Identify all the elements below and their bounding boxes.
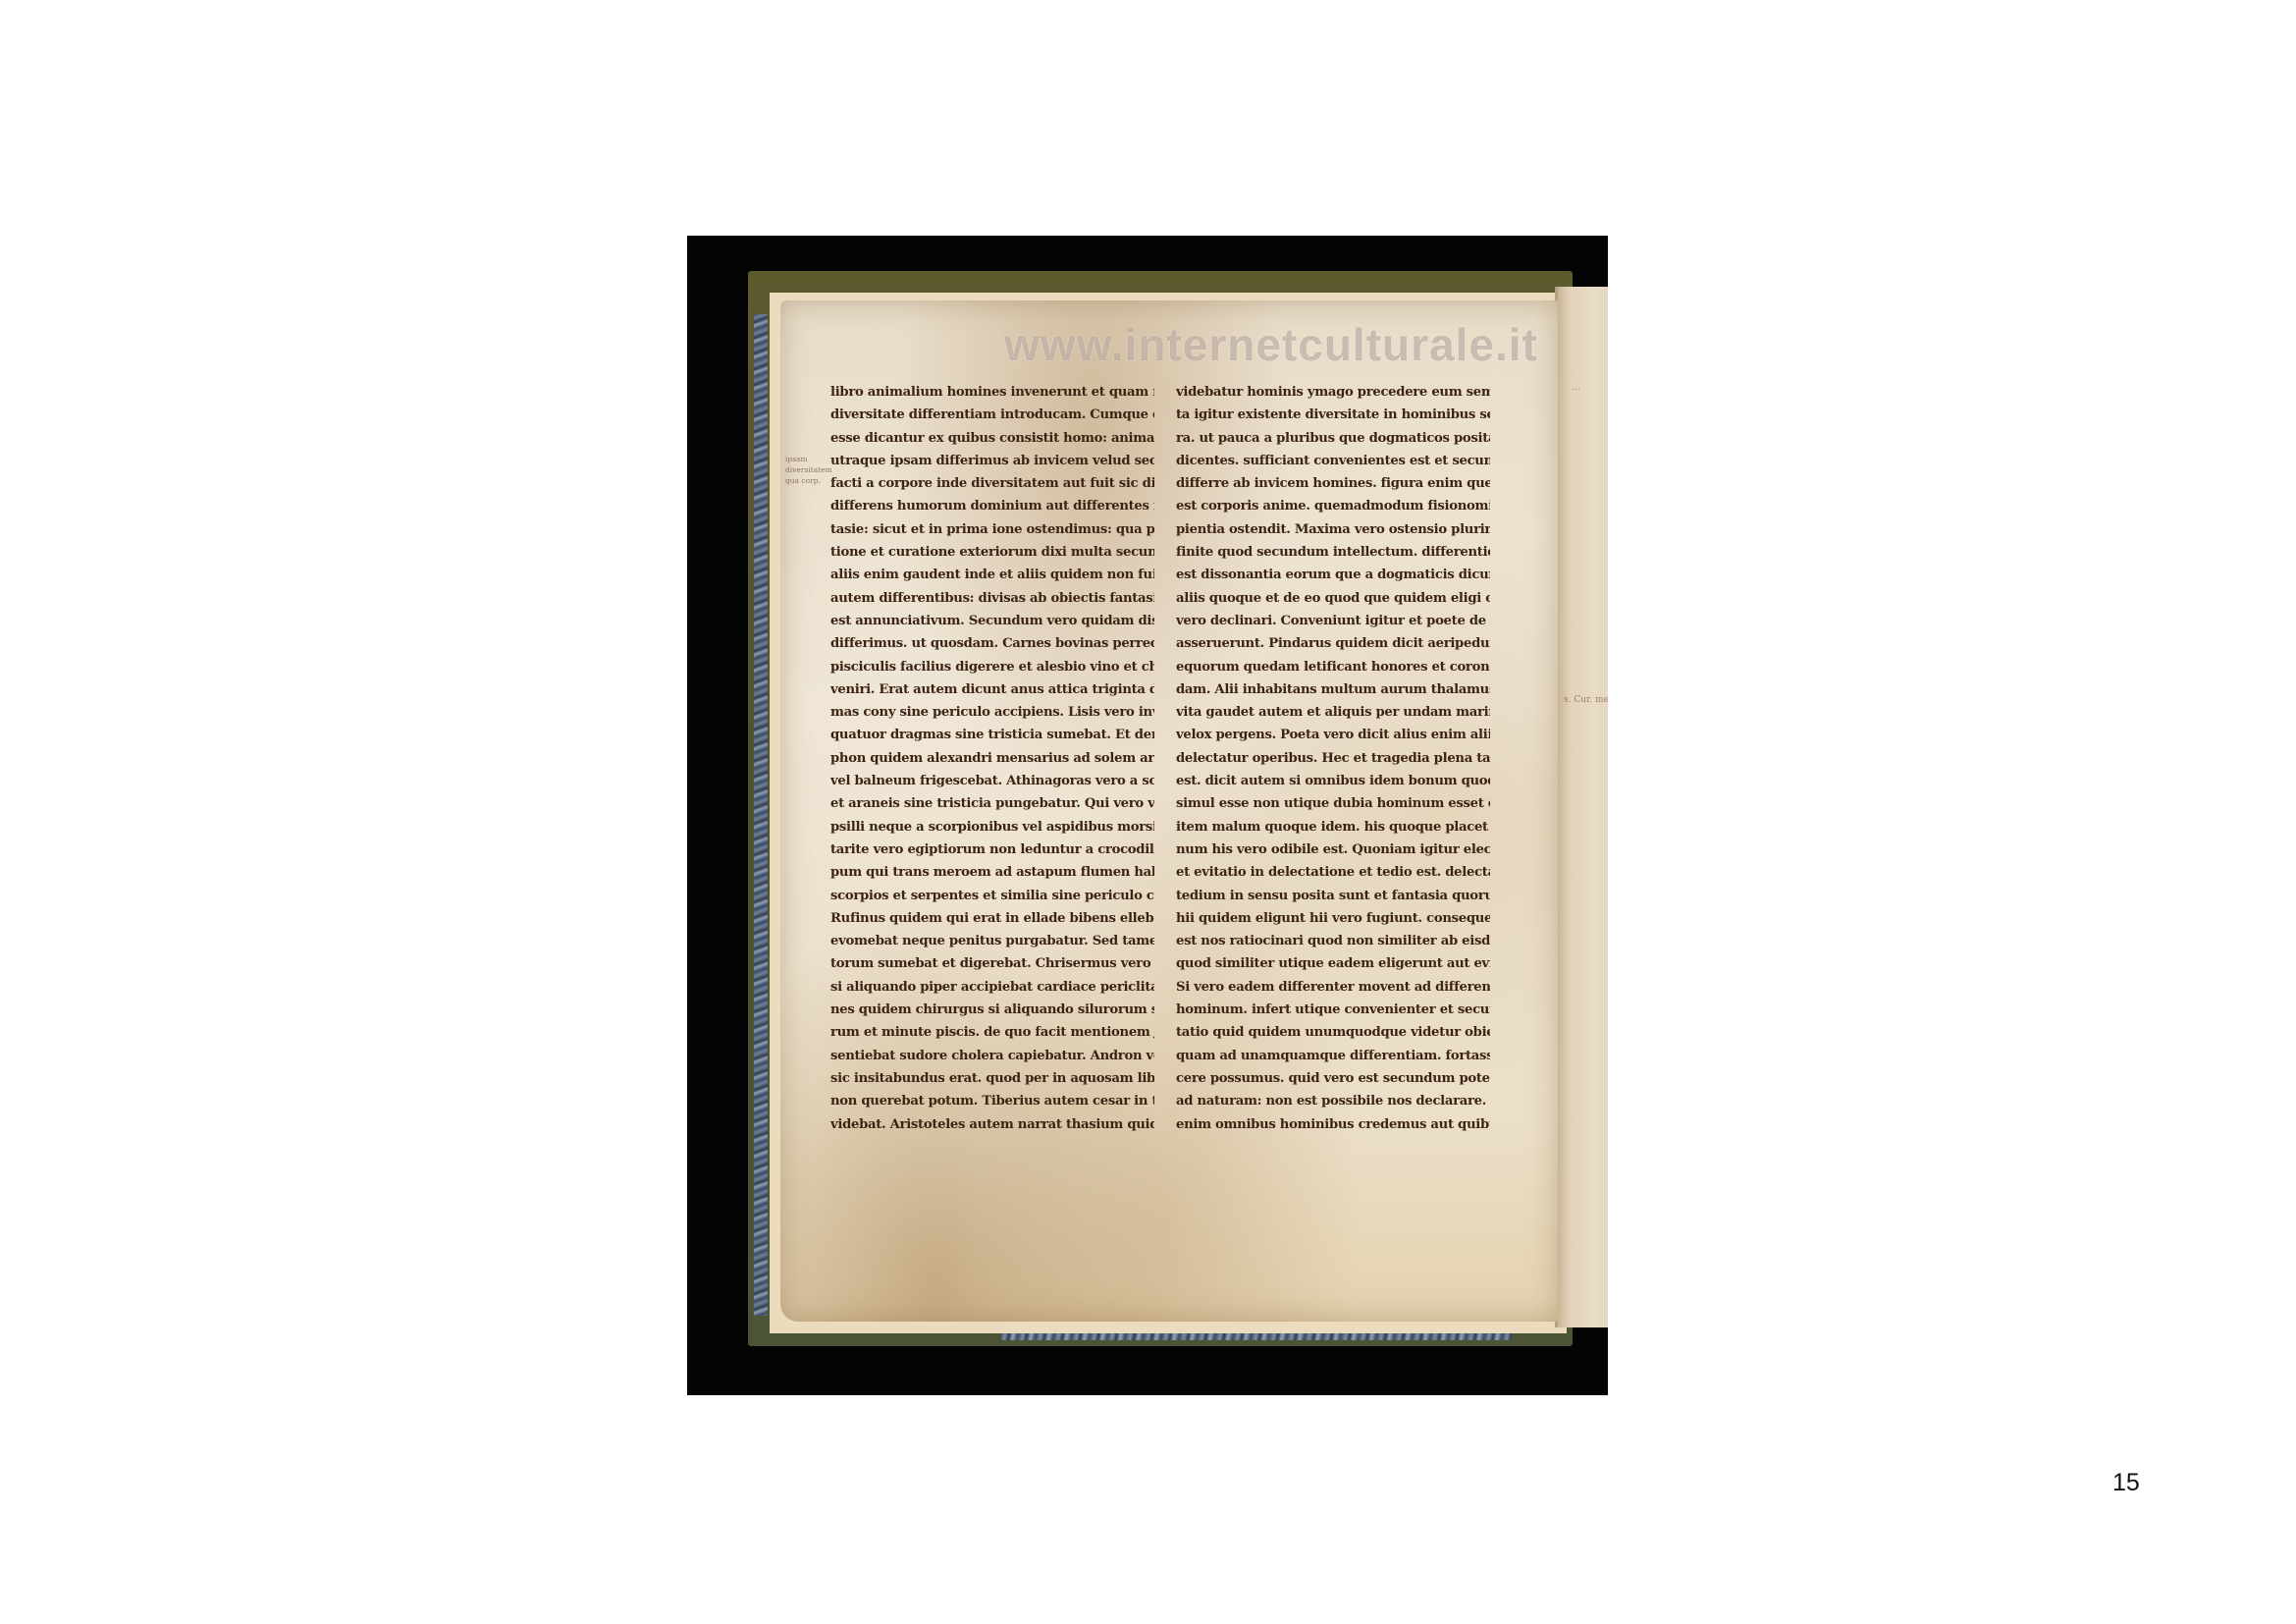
text-line: enim omnibus hominibus credemus aut quib… [1176, 1113, 1490, 1136]
text-line: et araneis sine tristicia pungebatur. Qu… [830, 792, 1154, 815]
text-line: quam ad unamquamque differentiam. fortas… [1176, 1045, 1490, 1067]
text-line: quatuor dragmas sine tristicia sumebat. … [830, 724, 1154, 746]
text-line: differimus. ut quosdam. Carnes bovinas p… [830, 632, 1154, 655]
text-line: facti a corpore inde diversitatem aut fu… [830, 472, 1154, 495]
text-line: rum et minute piscis. de quo facit menti… [830, 1021, 1154, 1044]
text-line: differens humorum dominium aut different… [830, 495, 1154, 517]
text-line: libro animalium homines invenerunt et qu… [830, 381, 1154, 404]
text-line: simul esse non utique dubia hominum esse… [1176, 792, 1490, 815]
manuscript-photograph: ... s. Cur. me. www.internetculturale.it… [687, 236, 1608, 1395]
margin-note-line: diversitatem [785, 464, 828, 475]
text-line: pum qui trans meroem ad astapum flumen h… [830, 861, 1154, 884]
text-line: ra. ut pauca a pluribus que dogmaticos p… [1176, 427, 1490, 450]
margin-note: ipsam diversitatem qua corp. [785, 454, 828, 486]
facing-page-note: ... [1572, 383, 1580, 393]
text-line: cere possumus. quid vero est secundum po… [1176, 1067, 1490, 1090]
text-line: scorpios et serpentes et similia sine pe… [830, 885, 1154, 907]
text-line: est dissonantia eorum que a dogmaticis d… [1176, 564, 1490, 586]
text-line: utraque ipsam differimus ab invicem velu… [830, 450, 1154, 472]
text-line: Si vero eadem differenter movent ad diff… [1176, 976, 1490, 999]
text-line: est annunciativum. Secundum vero quidam … [830, 610, 1154, 632]
text-line: nes quidem chirurgus si aliquando siluro… [830, 999, 1154, 1021]
text-line: evomebat neque penitus purgabatur. Sed t… [830, 930, 1154, 952]
text-column-right: videbatur hominis ymago precedere eum se… [1176, 381, 1490, 1136]
text-line: vel balneum frigescebat. Athinagoras ver… [830, 770, 1154, 792]
text-line: veniri. Erat autem dicunt anus attica tr… [830, 678, 1154, 701]
text-line: non querebat potum. Tiberius autem cesar… [830, 1090, 1154, 1112]
margin-note-line: qua corp. [785, 475, 828, 486]
text-line: est nos ratiocinari quod non similiter a… [1176, 930, 1490, 952]
text-line: ad naturam: non est possibile nos declar… [1176, 1090, 1490, 1112]
text-line: vero declinari. Conveniunt igitur et poe… [1176, 610, 1490, 632]
text-line: aliis quoque et de eo quod que quidem el… [1176, 587, 1490, 610]
text-line: tarite vero egiptiorum non leduntur a cr… [830, 839, 1154, 861]
text-line: asseruerunt. Pindarus quidem dicit aerip… [1176, 632, 1490, 655]
margin-note-line: ipsam [785, 454, 828, 464]
text-line: tedium in sensu posita sunt et fantasia … [1176, 885, 1490, 907]
text-line: sic insitabundus erat. quod per in aquos… [830, 1067, 1154, 1090]
text-column-left: libro animalium homines invenerunt et qu… [830, 381, 1154, 1136]
text-line: videbat. Aristoteles autem narrat thasiu… [830, 1113, 1154, 1136]
text-line: autem differentibus: divisas ab obiectis… [830, 587, 1154, 610]
text-line: delectatur operibus. Hec et tragedia ple… [1176, 747, 1490, 770]
text-line: tasie: sicut et in prima ione ostendimus… [830, 518, 1154, 541]
text-line: num his vero odibile est. Quoniam igitur… [1176, 839, 1490, 861]
slide: ... s. Cur. me. www.internetculturale.it… [0, 0, 2296, 1624]
text-line: pisciculis facilius digerere et alesbio … [830, 656, 1154, 678]
text-line: dam. Alii inhabitans multum aurum thalam… [1176, 678, 1490, 701]
text-line: torum sumebat et digerebat. Chrisermus v… [830, 952, 1154, 975]
marbled-endpaper-left [754, 314, 768, 1316]
text-line: et evitatio in delectatione et tedio est… [1176, 861, 1490, 884]
page-number: 15 [2112, 1469, 2140, 1497]
text-line: diversitate differentiam introducam. Cum… [830, 404, 1154, 426]
text-line: videbatur hominis ymago precedere eum se… [1176, 381, 1490, 404]
text-line: item malum quoque idem. his quoque place… [1176, 816, 1490, 839]
text-line: si aliquando piper accipiebat cardiace p… [830, 976, 1154, 999]
text-line: velox pergens. Poeta vero dicit alius en… [1176, 724, 1490, 746]
text-line: hominum. infert utique convenienter et s… [1176, 999, 1490, 1021]
text-line: differre ab invicem homines. figura enim… [1176, 472, 1490, 495]
text-line: vita gaudet autem et aliquis per undam m… [1176, 701, 1490, 724]
text-line: sentiebat sudore cholera capiebatur. And… [830, 1045, 1154, 1067]
text-line: equorum quedam letificant honores et cor… [1176, 656, 1490, 678]
text-line: tione et curatione exteriorum dixi multa… [830, 541, 1154, 564]
text-line: aliis enim gaudent inde et aliis quidem … [830, 564, 1154, 586]
text-line: Rufinus quidem qui erat in ellade bibens… [830, 907, 1154, 930]
text-line: finite quod secundum intellectum. differ… [1176, 541, 1490, 564]
text-line: ta igitur existente diversitate in homin… [1176, 404, 1490, 426]
text-line: mas cony sine periculo accipiens. Lisis … [830, 701, 1154, 724]
text-line: tatio quid quidem unumquodque videtur ob… [1176, 1021, 1490, 1044]
text-line: quod similiter utique eadem eligerunt au… [1176, 952, 1490, 975]
text-line: est corporis anime. quemadmodum fisionom… [1176, 495, 1490, 517]
watermark: www.internetculturale.it [957, 318, 1585, 371]
text-line: pientia ostendit. Maxima vero ostensio p… [1176, 518, 1490, 541]
text-line: phon quidem alexandri mensarius ad solem… [830, 747, 1154, 770]
facing-page: ... s. Cur. me. [1555, 287, 1608, 1327]
text-line: est. dicit autem si omnibus idem bonum q… [1176, 770, 1490, 792]
text-line: dicentes. sufficiant convenientes est et… [1176, 450, 1490, 472]
facing-page-note: s. Cur. me. [1564, 695, 1608, 705]
text-line: esse dicantur ex quibus consistit homo: … [830, 427, 1154, 450]
text-line: hii quidem eligunt hii vero fugiunt. con… [1176, 907, 1490, 930]
text-line: psilli neque a scorpionibus vel aspidibu… [830, 816, 1154, 839]
